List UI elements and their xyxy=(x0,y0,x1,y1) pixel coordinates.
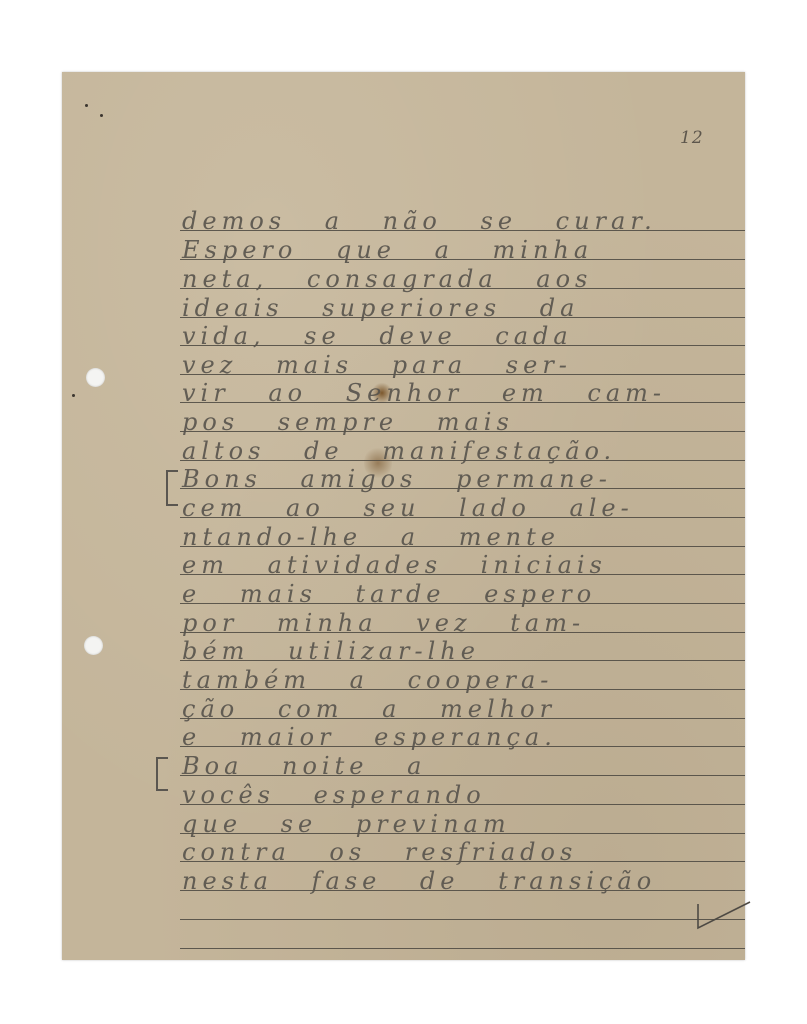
text-line: e mais tarde espero xyxy=(182,580,742,608)
margin-bracket xyxy=(166,470,178,506)
text-line: neta, consagrada aos xyxy=(182,265,742,293)
text-line: Boa noite a xyxy=(182,752,742,780)
text-line: em atividades iniciais xyxy=(182,551,742,579)
text-line: por minha vez tam- xyxy=(182,609,742,637)
text-line: altos de manifestação. xyxy=(182,437,742,465)
text-line: também a coopera- xyxy=(182,666,742,694)
text-line: vocês esperando xyxy=(182,781,742,809)
text-line: Bons amigos permane- xyxy=(182,465,742,493)
check-mark-icon xyxy=(694,898,754,938)
page-number: 12 xyxy=(680,128,704,148)
text-line: demos a não se curar. xyxy=(182,207,742,235)
text-line: bém utilizar-lhe xyxy=(182,637,742,665)
margin-bracket xyxy=(156,757,168,791)
paper-speck xyxy=(85,104,88,107)
text-line: ção com a melhor xyxy=(182,695,742,723)
letter-page: 12 demos a não se curar. Es xyxy=(62,72,745,960)
text-line: vir ao Senhor em cam- xyxy=(182,379,742,407)
paper-speck xyxy=(72,394,75,397)
text-line: cem ao seu lado ale- xyxy=(182,494,742,522)
text-line: contra os resfriados xyxy=(182,838,742,866)
text-line: ideais superiores da xyxy=(182,294,742,322)
text-line: nesta fase de transição xyxy=(182,867,742,895)
text-line: vez mais para ser- xyxy=(182,351,742,379)
punch-hole-top xyxy=(86,368,105,387)
text-line: Espero que a minha xyxy=(182,236,742,264)
text-line: vida, se deve cada xyxy=(182,322,742,350)
paper-speck xyxy=(100,114,103,117)
text-line: pos sempre mais xyxy=(182,408,742,436)
text-line: que se previnam xyxy=(182,810,742,838)
ruled-line xyxy=(180,948,745,949)
text-line: e maior esperança. xyxy=(182,723,742,751)
punch-hole-bottom xyxy=(84,636,103,655)
text-line: ntando-lhe a mente xyxy=(182,523,742,551)
ruled-line xyxy=(180,919,745,920)
